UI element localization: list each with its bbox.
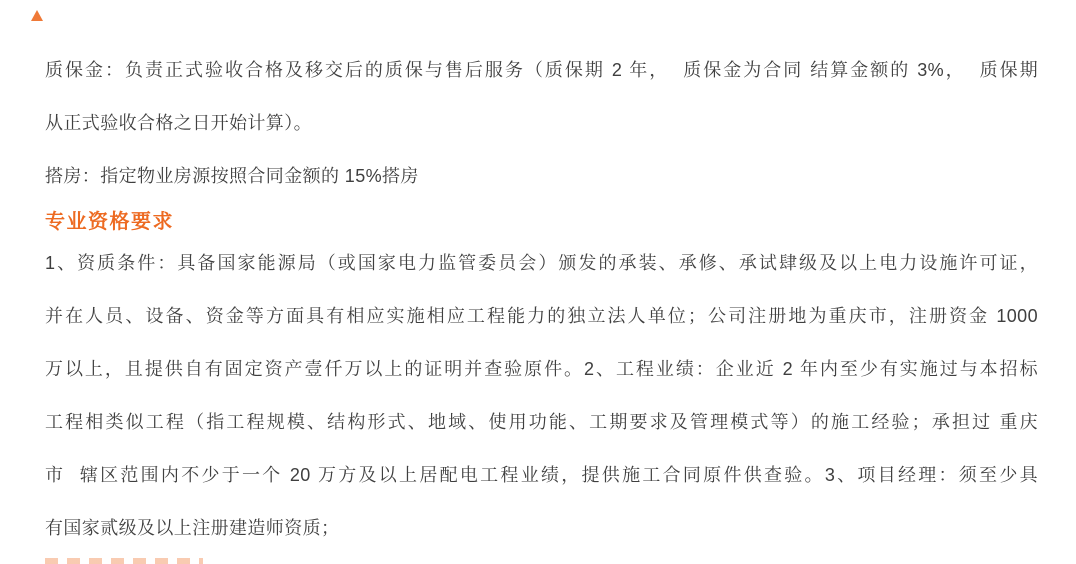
document-page: 质保金：负责正式验收合格及移交后的质保与售后服务（质保期 2 年， 质保金为合同… (45, 44, 1038, 555)
paragraph-quality-deposit: 质保金：负责正式验收合格及移交后的质保与售后服务（质保期 2 年， 质保金为合同… (45, 44, 1038, 150)
paragraph-qualification-requirements: 1、资质条件：具备国家能源局（或国家电力监管委员会）颁发的承装、承修、承试肆级及… (45, 237, 1038, 555)
text-line: 市 辖区范围内不少于一个 20 万方及以上居配电工程业绩，提供施工合同原件供查验… (45, 449, 1038, 502)
paragraph-property-allocation: 搭房：指定物业房源按照合同金额的 15%搭房 (45, 150, 1038, 203)
text-line: 万以上，且提供自有固定资产壹仟万以上的证明并查验原件。2、工程业绩：企业近 2 … (45, 343, 1038, 396)
text-line: 搭房：指定物业房源按照合同金额的 15%搭房 (45, 150, 1038, 203)
text-line: 并在人员、设备、资金等方面具有相应实施相应工程能力的独立法人单位；公司注册地为重… (45, 290, 1038, 343)
corner-flag-icon (31, 10, 43, 21)
text-line: 有国家贰级及以上注册建造师资质； (45, 502, 1038, 555)
text-line: 工程相类似工程（指工程规模、结构形式、地域、使用功能、工期要求及管理模式等）的施… (45, 396, 1038, 449)
text-line: 1、资质条件：具备国家能源局（或国家电力监管委员会）颁发的承装、承修、承试肆级及… (45, 237, 1038, 290)
text-line: 从正式验收合格之日开始计算）。 (45, 97, 1038, 150)
clipped-orange-heading-fragment (45, 558, 203, 564)
section-heading-professional-qualifications: 专业资格要求 (45, 207, 1038, 237)
text-line: 质保金：负责正式验收合格及移交后的质保与售后服务（质保期 2 年， 质保金为合同… (45, 44, 1038, 97)
